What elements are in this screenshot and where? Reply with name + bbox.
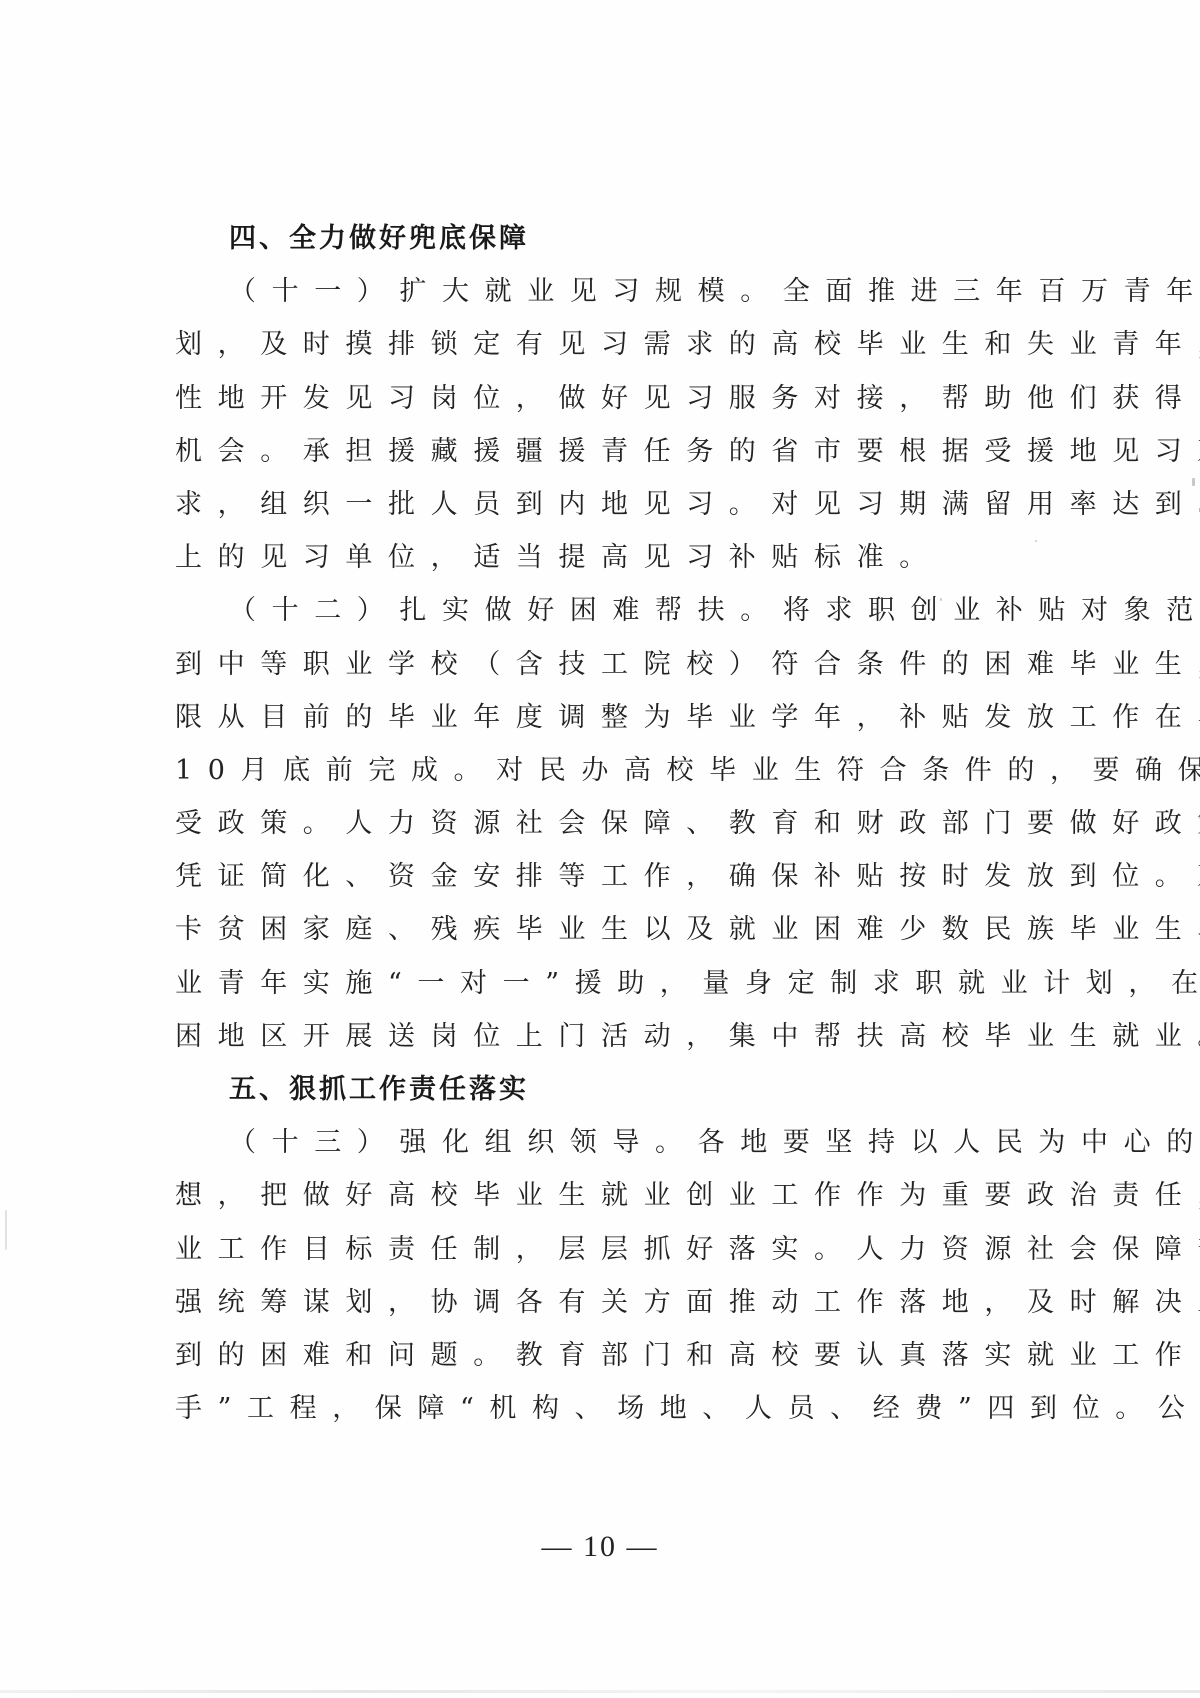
paragraph-line: 业青年实施“一对一”援助，量身定制求职就业计划，在深度贫 [175,957,1015,1010]
paragraph-line: 机会。承担援藏援疆援青任务的省市要根据受援地见习对象需 [175,425,1015,478]
paragraph-line: 想，把做好高校毕业生就业创业工作作为重要政治责任，健全就 [175,1169,1015,1222]
paragraph-line: 手”工程，保障“机构、场地、人员、经费”四到位。公安、财 [175,1382,1015,1435]
section-heading-5: 五、狠抓工作责任落实 [175,1063,1015,1116]
scan-speck [1192,478,1195,486]
paragraph-line: 受政策。人力资源社会保障、教育和财政部门要做好政策申办、 [175,797,1015,850]
paragraph-line: 凭证简化、资金安排等工作，确保补贴按时发放到位。对建档立 [175,850,1015,903]
paragraph-line: 到的困难和问题。教育部门和高校要认真落实就业工作“一把 [175,1329,1015,1382]
paragraph-line: （十一）扩大就业见习规模。全面推进三年百万青年见习计 [175,265,1015,318]
paragraph-line: 限从目前的毕业年度调整为毕业学年，补贴发放工作在毕业学年 [175,691,1015,744]
paragraph-line: 求，组织一批人员到内地见习。对见习期满留用率达到50%以 [175,478,1015,531]
paragraph-line: （十二）扎实做好困难帮扶。将求职创业补贴对象范围扩大 [175,584,1015,637]
paragraph-line: 划，及时摸排锁定有见习需求的高校毕业生和失业青年，有针对 [175,318,1015,371]
scan-speck [5,1210,7,1250]
scan-speck [1035,540,1037,542]
scan-speck [940,598,942,601]
paragraph-line: 困地区开展送岗位上门活动，集中帮扶高校毕业生就业。 [175,1010,1015,1063]
paragraph-12: （十二）扎实做好困难帮扶。将求职创业补贴对象范围扩大 到中等职业学校（含技工院校… [175,584,1015,1063]
paragraph-line: 上的见习单位，适当提高见习补贴标准。 [175,531,1015,584]
paragraph-line: 到中等职业学校（含技工院校）符合条件的困难毕业生，补贴时 [175,638,1015,691]
paragraph-line: 业工作目标责任制，层层抓好落实。人力资源社会保障部门要加 [175,1223,1015,1276]
paragraph-line: 10月底前完成。对民办高校毕业生符合条件的，要确保同等享 [175,744,1015,797]
paragraph-13: （十三）强化组织领导。各地要坚持以人民为中心的发展思 想，把做好高校毕业生就业创… [175,1116,1015,1435]
paragraph-line: 性地开发见习岗位，做好见习服务对接，帮助他们获得岗位实践 [175,372,1015,425]
paragraph-11: （十一）扩大就业见习规模。全面推进三年百万青年见习计 划，及时摸排锁定有见习需求… [175,265,1015,584]
section-heading-4: 四、全力做好兜底保障 [175,212,1015,265]
scan-edge [0,1690,1200,1693]
document-body: 四、全力做好兜底保障 （十一）扩大就业见习规模。全面推进三年百万青年见习计 划，… [175,212,1015,1435]
paragraph-line: 卡贫困家庭、残疾毕业生以及就业困难少数民族毕业生、长期失 [175,903,1015,956]
document-page: 四、全力做好兜底保障 （十一）扩大就业见习规模。全面推进三年百万青年见习计 划，… [0,0,1200,1698]
page-number: — 10 — [0,1530,1200,1564]
paragraph-line: 强统筹谋划，协调各有关方面推动工作落地，及时解决工作中遇 [175,1276,1015,1329]
paragraph-line: （十三）强化组织领导。各地要坚持以人民为中心的发展思 [175,1116,1015,1169]
scan-speck [1042,292,1045,295]
